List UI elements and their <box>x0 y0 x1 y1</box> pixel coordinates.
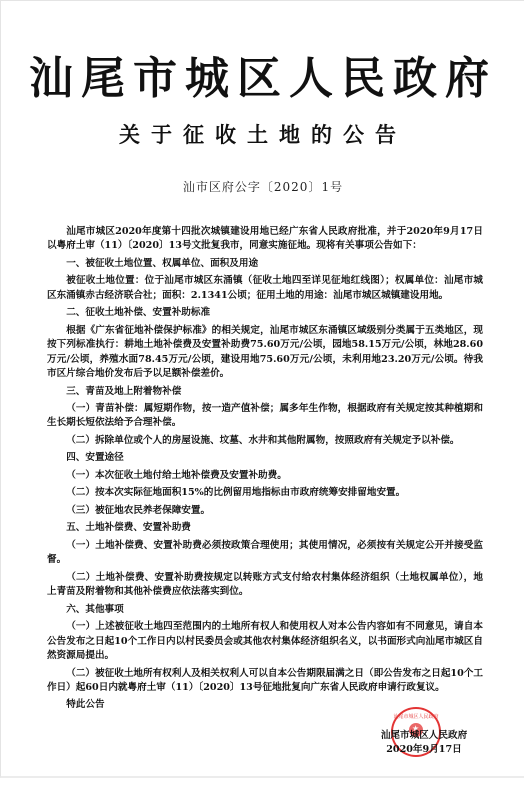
paragraph-objections: （一）上述被征收土地四至范围内的土地所有权人和使用权人对本公告内容如有不同意见，… <box>47 620 483 663</box>
signature-date: 2020年9月17日 <box>369 743 479 757</box>
signature-issuer: 汕尾市城区人民政府 <box>369 729 479 743</box>
paragraph-compensation-standards: 根据《广东省征地补偿保护标准》的相关规定，汕尾市城区东涌镇区域级别分类属于五类地… <box>47 324 483 382</box>
signature-block: 汕尾市城区人民政府 2020年9月17日 <box>369 729 479 757</box>
paragraph-resettlement-3: （三）被征地农民养老保障安置。 <box>47 504 483 518</box>
section-heading-2: 二、征收土地补偿、安置补助标准 <box>47 306 483 320</box>
section-heading-3: 三、青苗及地上附着物补偿 <box>47 385 483 399</box>
intro-paragraph: 汕尾市城区2020年度第十四批次城镇建设用地已经广东省人民政府批准，并于2020… <box>47 225 483 254</box>
document-number: 汕市区府公字〔2020〕1号 <box>1 179 525 195</box>
paragraph-fees-payment: （二）土地补偿费、安置补助费按规定以转账方式支付给农村集体经济组织（土地权属单位… <box>47 571 483 600</box>
issuer-heading: 汕尾市城区人民政府 <box>1 53 525 105</box>
paragraph-crop-compensation: （一）青苗补偿：属短期作物，按一造产值补偿；属多年生作物，根据政府有关规定按其种… <box>47 402 483 431</box>
section-heading-5: 五、土地补偿费、安置补助费 <box>47 521 483 535</box>
paragraph-resettlement-2: （二）按本次实际征地面积15%的比例留用地指标由市政府统筹安排留地安置。 <box>47 486 483 500</box>
paragraph-fees-usage: （一）土地补偿费、安置补助费必须按政策合理使用；其使用情况，必须按有关规定公开并… <box>47 539 483 568</box>
document-page: 汕尾市城区人民政府 关于征收土地的公告 汕市区府公字〔2020〕1号 汕尾市城区… <box>0 0 524 778</box>
paragraph-review: （二）被征收土地所有权利人及相关权利人可以自本公告期限届满之日（即公告发布之日起… <box>47 667 483 696</box>
document-title: 关于征收土地的公告 <box>1 121 525 149</box>
document-body: 汕尾市城区2020年度第十四批次城镇建设用地已经广东省人民政府批准，并于2020… <box>47 225 483 716</box>
section-heading-1: 一、被征收土地位置、权属单位、面积及用途 <box>47 257 483 271</box>
section-heading-4: 四、安置途径 <box>47 451 483 465</box>
paragraph-land-location: 被征收土地位置：位于汕尾市城区东涌镇（征收土地四至详见征地红线图）；权属单位：汕… <box>47 274 483 303</box>
section-heading-6: 六、其他事项 <box>47 603 483 617</box>
seal-ring-text: 汕尾市城区人民政府 <box>393 713 439 720</box>
paragraph-resettlement-1: （一）本次征收土地付给土地补偿费及安置补助费。 <box>47 469 483 483</box>
paragraph-structure-compensation: （二）拆除单位或个人的房屋设施、坟墓、水井和其他附属物，按照政府有关规定予以补偿… <box>47 434 483 448</box>
